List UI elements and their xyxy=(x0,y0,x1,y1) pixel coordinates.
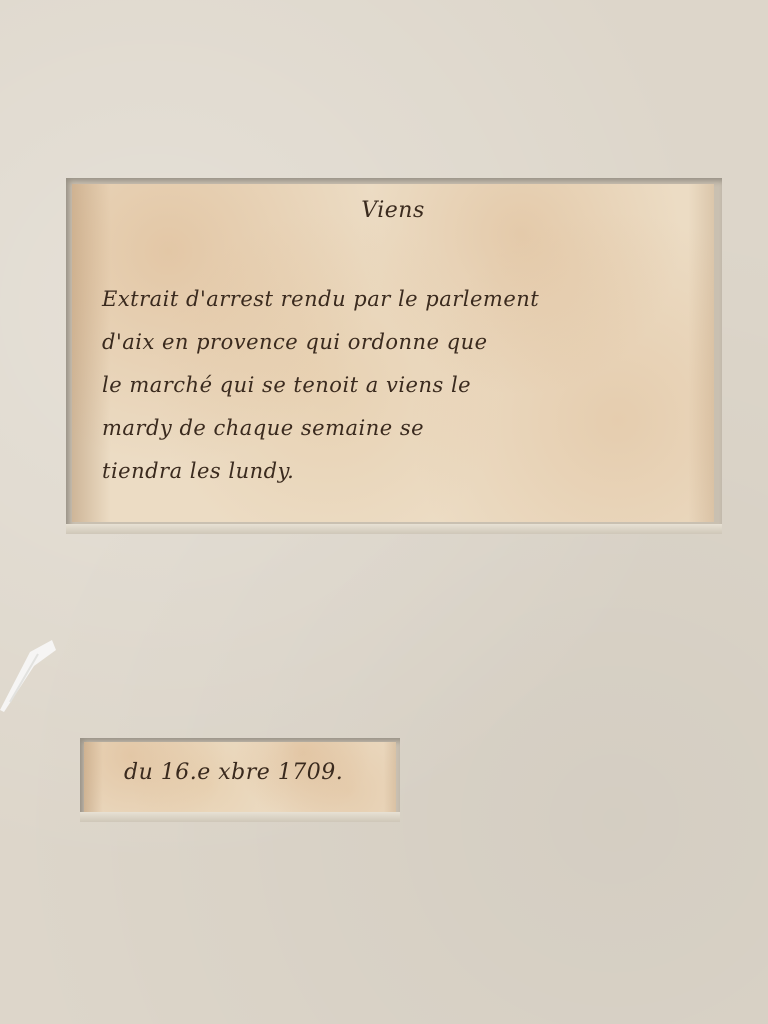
date-text: du 16.e xbre 1709. xyxy=(124,760,343,785)
document-line: le marché qui se tenoit a viens le xyxy=(102,364,684,407)
document-line: Extrait d'arrest rendu par le parlement xyxy=(102,278,684,321)
mat-bevel xyxy=(80,812,400,822)
main-document-window: Viens Extrait d'arrest rendu par le parl… xyxy=(66,178,722,534)
date-slip-window: du 16.e xbre 1709. xyxy=(80,738,400,822)
document-line: tiendra les lundy. xyxy=(102,450,684,493)
document-line: mardy de chaque semaine se xyxy=(102,407,684,450)
mat-board: Viens Extrait d'arrest rendu par le parl… xyxy=(0,0,768,1024)
document-title: Viens xyxy=(72,198,714,223)
date-slip-paper: du 16.e xbre 1709. xyxy=(84,742,396,812)
mat-bevel xyxy=(66,524,722,534)
main-document-paper: Viens Extrait d'arrest rendu par le parl… xyxy=(72,184,714,522)
document-line: d'aix en provence qui ordonne que xyxy=(102,321,684,364)
string-tassel-icon xyxy=(0,632,60,712)
document-body: Extrait d'arrest rendu par le parlement … xyxy=(102,278,684,493)
